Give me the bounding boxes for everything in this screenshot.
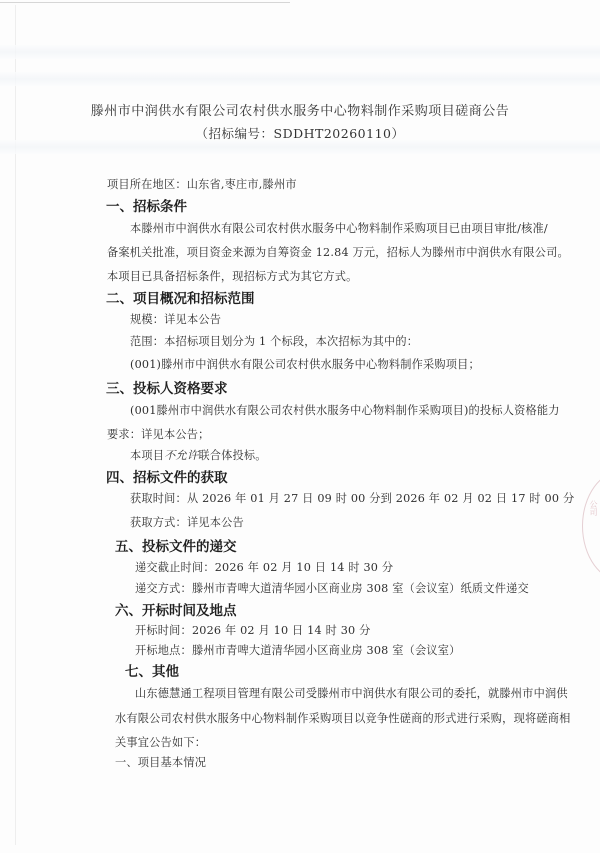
- paragraph-line: 获取方式：详见本公告: [130, 514, 244, 530]
- scan-edge: [0, 2, 290, 3]
- seal-text: 公司: [588, 500, 599, 516]
- section-heading-3: 三、投标人资格要求: [106, 377, 228, 397]
- paragraph-line: 一、项目基本情况: [115, 754, 206, 770]
- section-heading-5: 五、投标文件的递交: [115, 535, 237, 555]
- joint-bid-line: 本项目不允许联合体投标。: [130, 447, 267, 463]
- paragraph-line: 递交截止时间：2026 年 02 月 10 日 14 时 30 分: [135, 559, 393, 575]
- section-heading-2: 二、项目概况和招标范围: [106, 287, 255, 307]
- text: 本项目: [130, 449, 164, 462]
- paragraph-line: 开标时间：2026 年 02 月 10 日 14 时 30 分: [135, 622, 371, 638]
- section-heading-7: 七、其他: [125, 660, 179, 680]
- paragraph-line: 范围：本招标项目划分为 1 个标段，本次招标为其中的：: [130, 333, 418, 349]
- official-seal-stamp: [582, 470, 600, 582]
- paragraph-line: 山东德慧通工程项目管理有限公司受滕州市中润供水有限公司的委托，就滕州市中润供: [135, 685, 568, 701]
- paragraph-line: 水有限公司农村供水服务中心物料制作采购项目以竞争性磋商的形式进行采购，现将磋商相: [115, 710, 571, 726]
- paragraph-line: (001滕州市中润供水有限公司农村供水服务中心物料制作采购项目)的投标人资格能力: [130, 402, 560, 418]
- paragraph-line: 规模：详见本公告: [130, 311, 221, 327]
- tender-number: （招标编号：SDDHT20260110）: [0, 124, 600, 142]
- paragraph-line: 开标地点：滕州市青啤大道清华园小区商业房 308 室（会议室）: [135, 642, 461, 658]
- project-region: 项目所在地区：山东省,枣庄市,滕州市: [107, 176, 297, 192]
- scan-artifact: [0, 140, 600, 154]
- scanned-document-page: 滕州市中润供水有限公司农村供水服务中心物料制作采购项目磋商公告 （招标编号：SD…: [0, 0, 600, 853]
- paragraph-line: 备案机关批准，项目资金来源为自筹资金 12.84 万元，招标人为滕州市中润供水有…: [107, 244, 569, 260]
- paragraph-line: 递交方式：滕州市青啤大道清华园小区商业房 308 室（会议室）纸质文件递交: [135, 580, 529, 596]
- scan-artifact: [0, 45, 600, 59]
- document-title: 滕州市中润供水有限公司农村供水服务中心物料制作采购项目磋商公告: [0, 100, 600, 119]
- paragraph-line: 本项目已具备招标条件，现招标方式为其它方式。: [107, 268, 358, 284]
- paragraph-line: (001)滕州市中润供水有限公司农村供水服务中心物料制作采购项目；: [130, 356, 480, 372]
- paragraph-line: 获取时间：从 2026 年 01 月 27 日 09 时 00 分到 2026 …: [130, 490, 574, 506]
- section-heading-1: 一、招标条件: [106, 195, 187, 215]
- paragraph-line: 要求：详见本公告；: [107, 426, 210, 442]
- scan-artifact: [0, 72, 600, 86]
- section-heading-6: 六、开标时间及地点: [115, 599, 237, 619]
- text: 联合体投标。: [198, 449, 266, 462]
- paragraph-line: 关事宜公告如下：: [115, 734, 206, 750]
- not-allowed-text: 不允许: [164, 449, 198, 462]
- section-heading-4: 四、招标文件的获取: [106, 466, 228, 486]
- paragraph-line: 本滕州市中润供水有限公司农村供水服务中心物料制作采购项目已由项目审批/核准/: [130, 220, 548, 236]
